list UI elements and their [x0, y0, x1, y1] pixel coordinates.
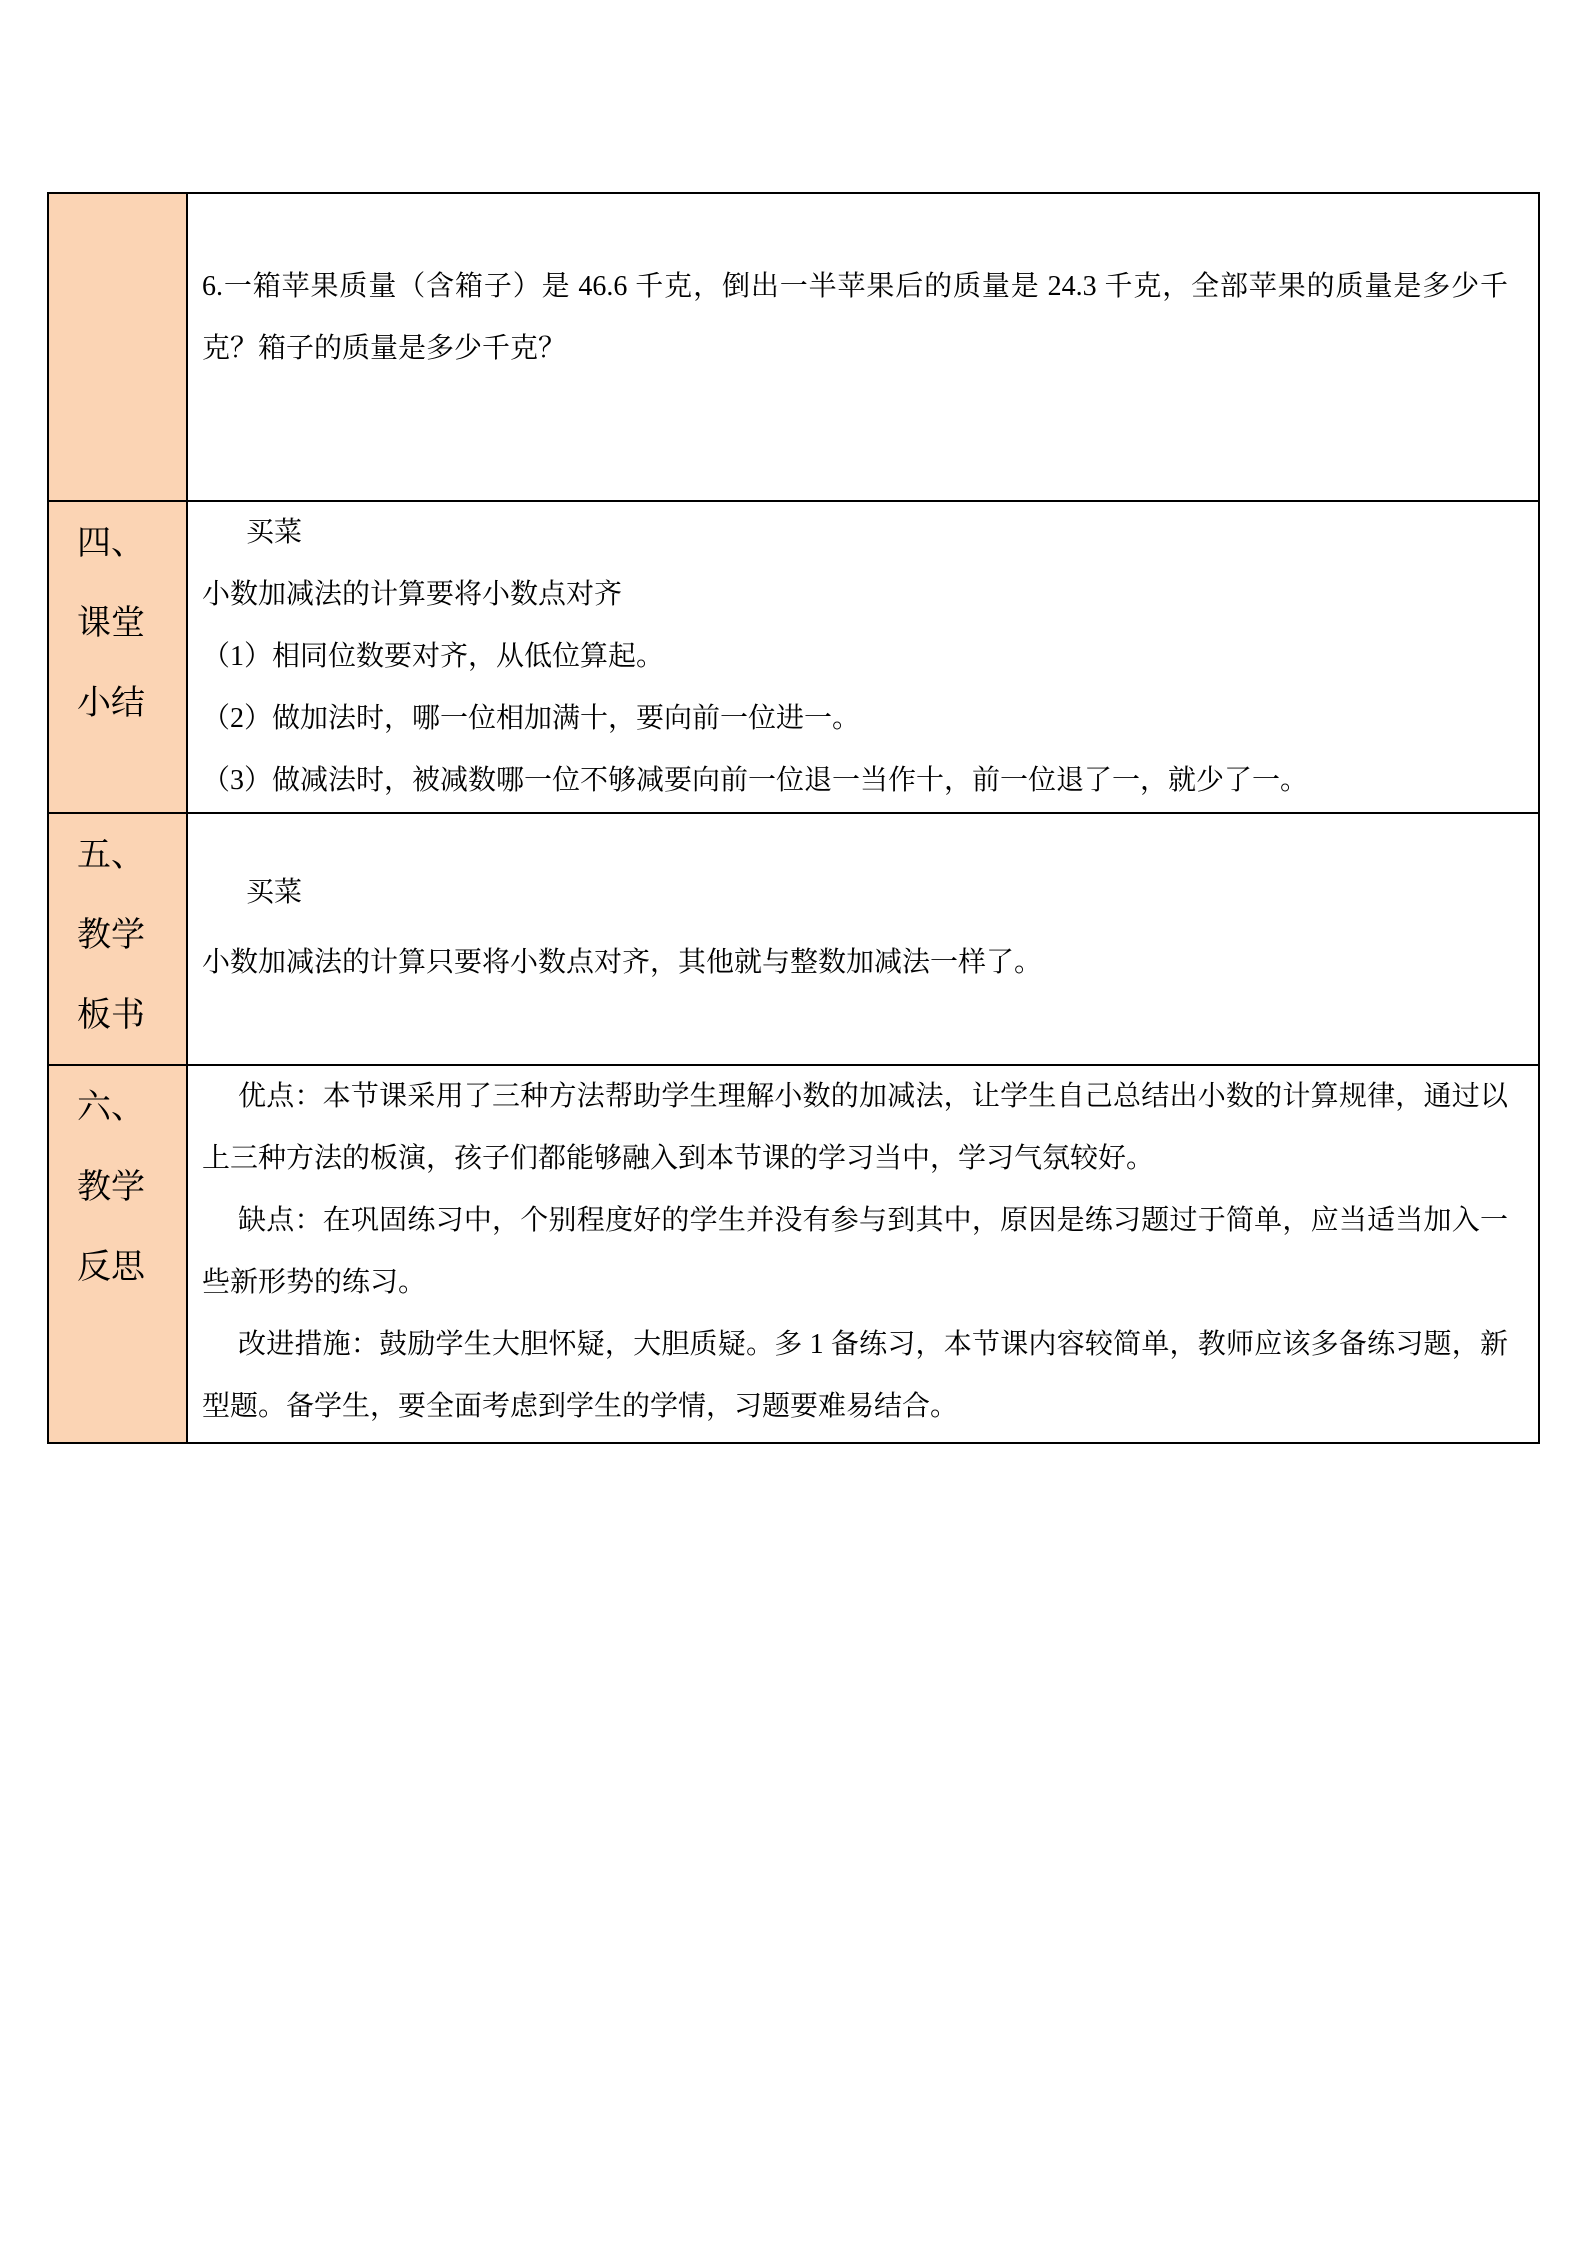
reflection-content-cell: 优点：本节课采用了三种方法帮助学生理解小数的加减法，让学生自己总结出小数的计算规… [187, 1065, 1539, 1443]
label-line: 四、 [77, 503, 185, 583]
row-label-empty [48, 193, 187, 501]
table-row-exercise: 6.一箱苹果质量（含箱子）是 46.6 千克，倒出一半苹果后的质量是 24.3 … [48, 193, 1539, 501]
label-line: 教学 [77, 1147, 185, 1227]
label-line: 小结 [77, 663, 185, 743]
reflection-advantages-paragraph: 优点：本节课采用了三种方法帮助学生理解小数的加减法，让学生自己总结出小数的计算规… [202, 1066, 1508, 1190]
row-label-class-summary: 四、 课堂 小结 [48, 501, 187, 813]
board-writing-content-cell: 买菜 小数加减法的计算只要将小数点对齐，其他就与整数加减法一样了。 [187, 813, 1539, 1065]
row-label-board-writing: 五、 教学 板书 [48, 813, 187, 1065]
table-row-board-writing: 五、 教学 板书 买菜 小数加减法的计算只要将小数点对齐，其他就与整数加减法一样… [48, 813, 1539, 1065]
exercise-question-text: 6.一箱苹果质量（含箱子）是 46.6 千克，倒出一半苹果后的质量是 24.3 … [202, 256, 1508, 380]
summary-line: （3）做减法时，被减数哪一位不够减要向前一位退一当作十，前一位退了一，就少了一。 [202, 750, 1508, 812]
board-line: 小数加减法的计算只要将小数点对齐，其他就与整数加减法一样了。 [202, 928, 1508, 998]
reflection-improvements-paragraph: 改进措施：鼓励学生大胆怀疑，大胆质疑。多 1 备练习，本节课内容较简单，教师应该… [202, 1314, 1508, 1438]
summary-line: （1）相同位数要对齐，从低位算起。 [202, 626, 1508, 688]
label-line: 反思 [77, 1227, 185, 1307]
reflection-shortcomings-paragraph: 缺点：在巩固练习中，个别程度好的学生并没有参与到其中，原因是练习题过于简单，应当… [202, 1190, 1508, 1314]
label-line: 教学 [77, 895, 185, 975]
label-line: 课堂 [77, 583, 185, 663]
summary-line: （2）做加法时，哪一位相加满十，要向前一位进一。 [202, 688, 1508, 750]
summary-line: 小数加减法的计算要将小数点对齐 [202, 564, 1508, 626]
board-heading: 买菜 [202, 858, 1508, 928]
class-summary-content-cell: 买菜 小数加减法的计算要将小数点对齐 （1）相同位数要对齐，从低位算起。 （2）… [187, 501, 1539, 813]
label-line: 板书 [77, 975, 185, 1055]
exercise-content-cell: 6.一箱苹果质量（含箱子）是 46.6 千克，倒出一半苹果后的质量是 24.3 … [187, 193, 1539, 501]
lesson-plan-table: 6.一箱苹果质量（含箱子）是 46.6 千克，倒出一半苹果后的质量是 24.3 … [47, 192, 1540, 1444]
table-row-class-summary: 四、 课堂 小结 买菜 小数加减法的计算要将小数点对齐 （1）相同位数要对齐，从… [48, 501, 1539, 813]
table-row-teaching-reflection: 六、 教学 反思 优点：本节课采用了三种方法帮助学生理解小数的加减法，让学生自己… [48, 1065, 1539, 1443]
label-line: 五、 [77, 815, 185, 895]
label-line: 六、 [77, 1067, 185, 1147]
row-label-teaching-reflection: 六、 教学 反思 [48, 1065, 187, 1443]
summary-heading: 买菜 [202, 502, 1508, 564]
